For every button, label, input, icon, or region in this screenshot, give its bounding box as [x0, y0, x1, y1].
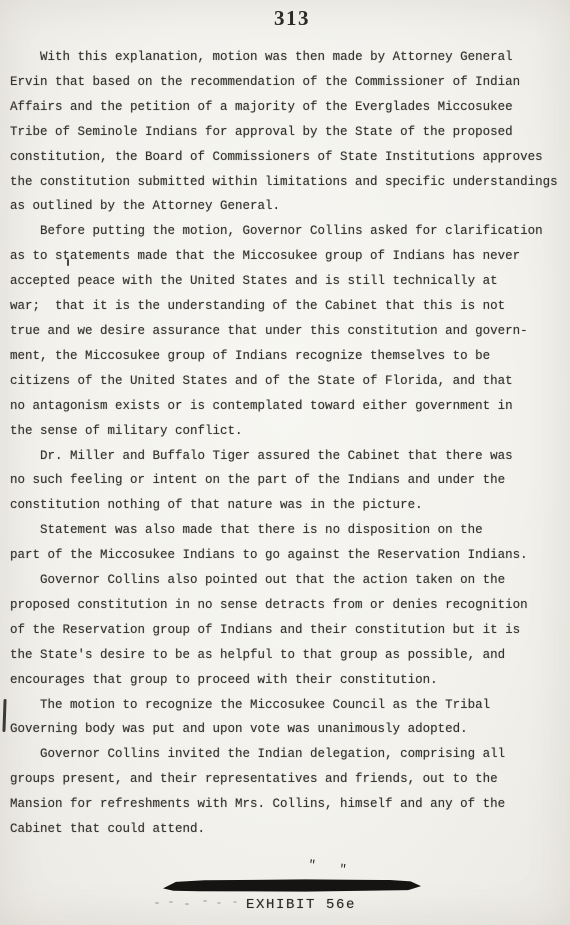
ditto-marks: ″″	[307, 858, 371, 881]
paragraph: Dr. Miller and Buffalo Tiger assured the…	[10, 444, 562, 519]
paragraph: Before putting the motion, Governor Coll…	[10, 219, 562, 443]
margin-pen-mark	[2, 699, 6, 732]
page-number: 313	[0, 6, 570, 31]
paragraph: Governor Collins also pointed out that t…	[10, 568, 562, 693]
paragraph: Statement was also made that there is no…	[10, 518, 562, 568]
black-marker-bar	[163, 879, 421, 892]
pencil-smudge	[155, 899, 240, 906]
scanned-document-page: 313 With this explanation, motion was th…	[0, 0, 570, 925]
paragraph: The motion to recognize the Miccosukee C…	[10, 693, 562, 842]
exhibit-label: EXHIBIT 56e	[246, 897, 356, 913]
document-body: With this explanation, motion was then m…	[10, 45, 562, 842]
paragraph: With this explanation, motion was then m…	[10, 45, 562, 219]
stray-ink-mark	[67, 259, 69, 266]
